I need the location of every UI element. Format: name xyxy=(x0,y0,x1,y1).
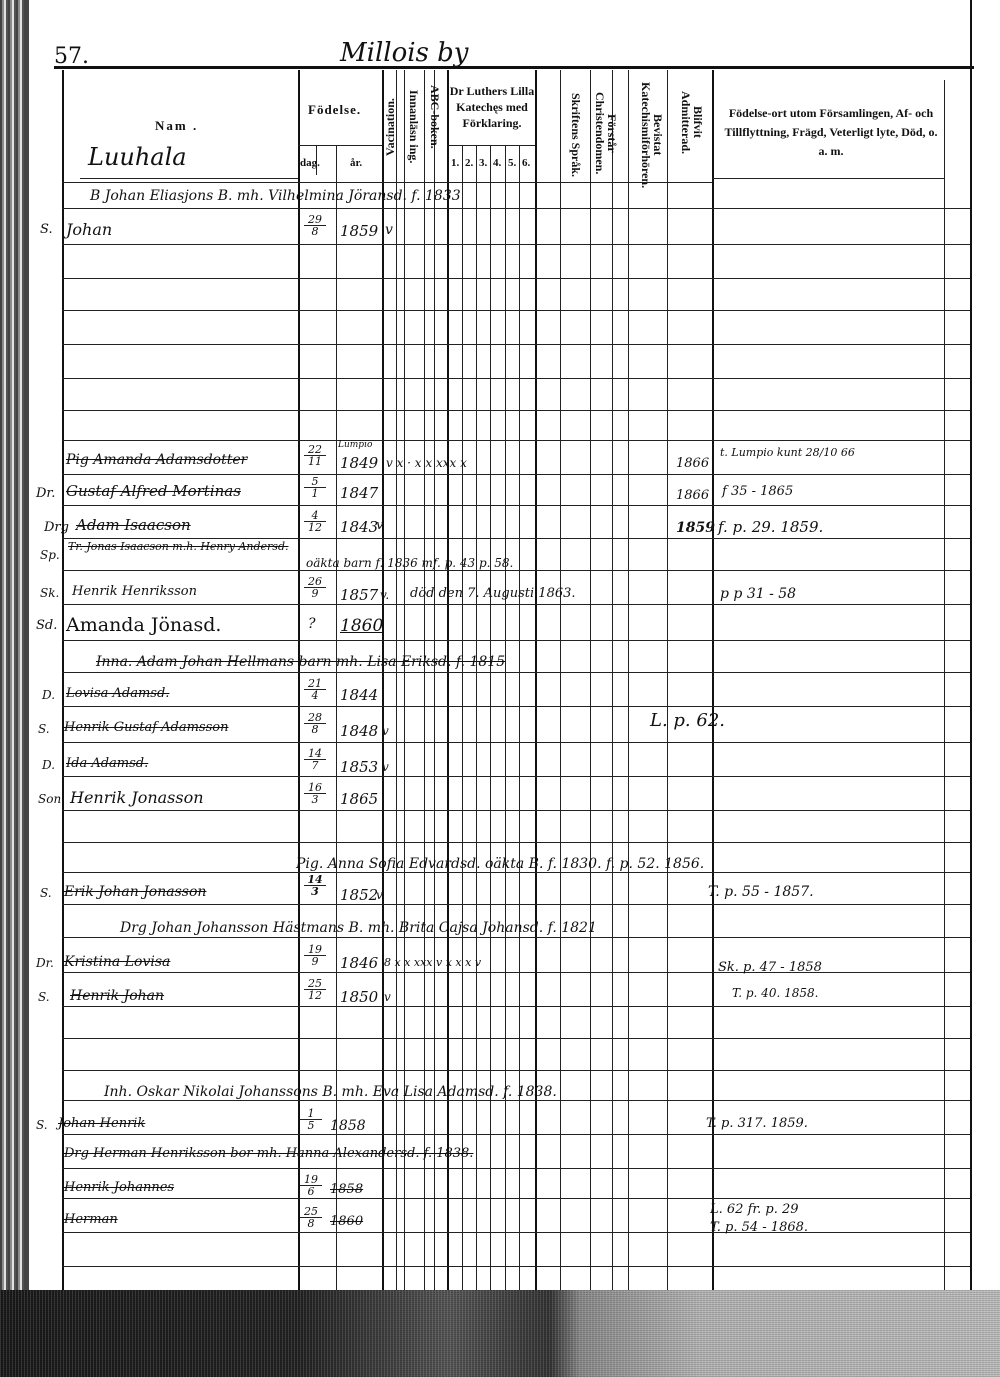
person-name: Henrik Johan xyxy=(70,988,164,1004)
birth-year: 1844 xyxy=(340,686,378,704)
death-note: död den 7. Augusti 1863. xyxy=(410,586,576,601)
birth-day-month: 214 xyxy=(304,678,326,701)
relation-prefix: Drg xyxy=(44,520,69,535)
person-name: Henrik Gustaf Adamsson xyxy=(64,720,228,735)
admitted-year: 1866 xyxy=(676,488,709,503)
birth-year: 1860 xyxy=(340,616,383,636)
person-name: Gustaf Alfred Mortinas xyxy=(66,482,241,500)
marks: v. xyxy=(380,588,389,602)
inline-note: oäkta barn f. 1836 mf. p. 43 p. 58. xyxy=(306,556,513,570)
person-name: Herman xyxy=(64,1212,118,1227)
header-catechism: Dr Luthers Lilla Katechęs med Förklaring… xyxy=(449,83,535,131)
household-head: Inna. Adam Johan Hellmans barn mh. Lisa … xyxy=(96,654,505,670)
birth-day-month: 298 xyxy=(304,214,326,237)
village-heading: Millois by xyxy=(340,38,468,68)
bracket-note: L. p. 62. xyxy=(650,710,725,731)
birth-day-month: 163 xyxy=(304,782,326,805)
birth-day-month: 147 xyxy=(304,748,326,771)
marks: v xyxy=(384,990,391,1004)
household-head: Drg Johan Johansson Hästmans B. mh. Brit… xyxy=(120,920,597,936)
person-name: Henrik Jonasson xyxy=(70,788,204,807)
household-head: B Johan Eliasjons B. mh. Vilhelmina Jöra… xyxy=(90,188,461,204)
person-name: Johan xyxy=(66,220,112,239)
notes: T. p. 317. 1859. xyxy=(706,1116,808,1131)
scan-artifact-bottom xyxy=(0,1290,1000,1377)
birth-day-month: 2512 xyxy=(304,978,326,1001)
person-name: Henrik Henriksson xyxy=(72,584,197,599)
person-name: Johan Henrik xyxy=(58,1116,145,1131)
notes: p p 31 - 58 xyxy=(720,586,796,602)
birth-year: 1858 xyxy=(330,1118,366,1134)
header-birth-day: dag. xyxy=(300,157,320,169)
birth-day-month: 15 xyxy=(300,1108,322,1131)
birth-day-month: 143 xyxy=(304,874,326,897)
birth-day-month: 196 xyxy=(300,1174,322,1197)
relation-prefix: Son xyxy=(38,792,61,806)
household-head: Pig. Anna Sofia Edvardsd. oäkta B. f. 18… xyxy=(296,856,704,872)
person-name: Erik Johan Jonasson xyxy=(64,884,206,900)
year-note: Lumpio xyxy=(338,440,372,450)
birth-year: 1850 xyxy=(340,988,378,1006)
header-abc: ABC-boken. xyxy=(427,82,441,152)
header-birth: Födelse. xyxy=(308,102,361,118)
birth-year: 1852 xyxy=(340,886,378,904)
birth-year: 1857 xyxy=(340,586,378,604)
relation-prefix: S. xyxy=(40,886,52,900)
person-name: Ida Adamsd. xyxy=(66,756,148,771)
notes: f 35 - 1865 xyxy=(722,484,793,499)
household-head: Drg Herman Henriksson bor mh. Hanna Alex… xyxy=(64,1146,473,1161)
person-name: Lovisa Adamsd. xyxy=(66,686,169,701)
relation-prefix: Sk. xyxy=(40,586,59,600)
person-name: Henrik Johannes xyxy=(64,1180,174,1195)
header-admitted: Blifvit Admitterad. xyxy=(678,82,704,162)
header-reading: Innanläsn ing. xyxy=(406,82,420,172)
birth-day-month: 412 xyxy=(304,510,326,533)
birth-year: 1843 xyxy=(340,518,378,536)
admitted-year: 1866 xyxy=(676,456,709,471)
header-notes: Födelse-ort utom Församlingen, Af- och T… xyxy=(722,104,940,161)
marks: v xyxy=(382,724,389,738)
header-attended: Bevistat Katechismiförhören. xyxy=(638,80,664,190)
birth-day: ? xyxy=(308,616,316,632)
person-name: Pig Amanda Adamsdotter xyxy=(66,452,247,468)
birth-year: 1859 xyxy=(340,222,378,240)
notes: L. 62 fr. p. 29 xyxy=(710,1202,799,1217)
relation-prefix: S. xyxy=(40,222,53,237)
birth-year: 1860 xyxy=(330,1214,363,1229)
relation-prefix: Sp. xyxy=(40,548,60,562)
person-name: Tr. Jonas Isaacson m.h. Henry Andersd. xyxy=(68,540,298,554)
marks: v xyxy=(376,518,383,533)
marks: v xyxy=(385,222,393,238)
header-scripture-language: Skriftens Språk. xyxy=(568,80,582,190)
header-understands: Förstår Christendomen. xyxy=(592,78,618,188)
household-head: Inh. Oskar Nikolai Johanssons B. mh. Eva… xyxy=(104,1084,557,1100)
relation-prefix: Dr. xyxy=(36,486,55,501)
relation-prefix: Dr. xyxy=(36,956,54,970)
person-name: Adam Isaacson xyxy=(76,516,191,534)
relation-prefix: D. xyxy=(42,758,55,772)
relation-prefix: S. xyxy=(36,1118,48,1132)
birth-year: 1858 xyxy=(330,1182,363,1197)
birth-day-month: 51 xyxy=(304,476,326,499)
relation-prefix: D. xyxy=(42,688,55,702)
person-name: Kristina Lovisa xyxy=(64,954,170,970)
farm-name: Luuhala xyxy=(88,143,187,171)
birth-day-month: 199 xyxy=(304,944,326,967)
relation-prefix: Sd. xyxy=(36,618,57,633)
birth-day-month: 288 xyxy=(304,712,326,735)
notes: Sk. p. 47 - 1858 xyxy=(718,960,822,975)
notes: t. Lumpio kunt 28/10 66 xyxy=(720,446,855,459)
birth-year: 1847 xyxy=(340,484,378,502)
marks: 8 x x xxx v x x x v xyxy=(384,956,481,969)
birth-day-month: 258 xyxy=(300,1206,322,1229)
header-birth-year: år. xyxy=(350,157,362,169)
top-rule xyxy=(54,66,974,69)
relation-prefix: S. xyxy=(38,990,50,1004)
notes: T. p. 40. 1858. xyxy=(732,986,818,1000)
birth-year: 1849 xyxy=(340,454,378,472)
relation-prefix: S. xyxy=(38,722,50,736)
notes: T. p. 54 - 1868. xyxy=(710,1220,808,1235)
notes: T. p. 55 - 1857. xyxy=(708,884,814,900)
book-binding-edge xyxy=(0,0,26,1290)
notes: f. p. 29. 1859. xyxy=(718,518,823,536)
birth-year: 1846 xyxy=(340,954,378,972)
binding-shadow xyxy=(26,0,29,1290)
register-page: 57. Millois by Nam . Luuhala Födelse. da… xyxy=(0,0,1000,1377)
birth-year: 1848 xyxy=(340,722,378,740)
marks: v. xyxy=(376,888,385,902)
marks: v x · x x xxx x xyxy=(386,456,467,470)
birth-year: 1865 xyxy=(340,790,378,808)
birth-day-month: 2211 xyxy=(304,444,326,467)
header-name: Nam . xyxy=(155,118,198,134)
marks: v xyxy=(382,760,389,774)
header-vaccination: Vacination. xyxy=(384,82,396,172)
birth-day-month: 269 xyxy=(304,576,326,599)
birth-year: 1853 xyxy=(340,758,378,776)
admitted-year: 1859 xyxy=(676,520,715,536)
person-name: Amanda Jönasd. xyxy=(66,614,221,636)
